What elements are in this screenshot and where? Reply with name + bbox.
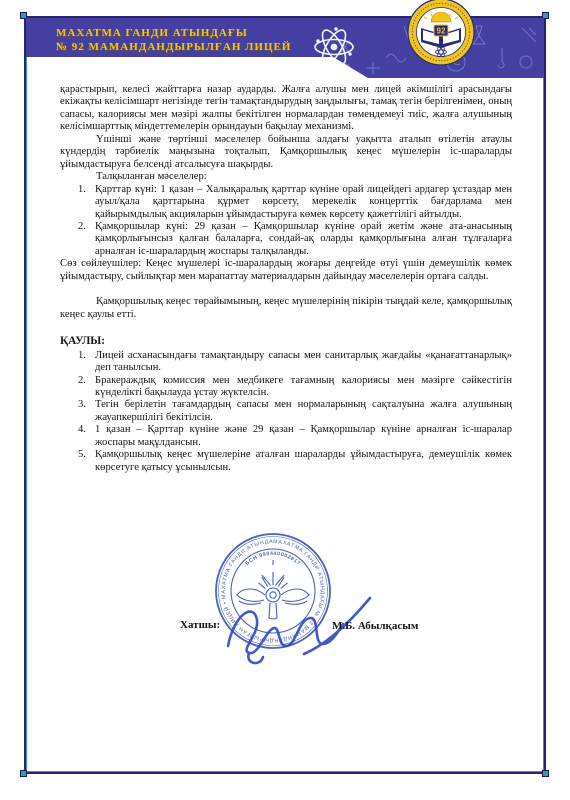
discussed-issues-list: 1. Қарттар күні: 1 қазан – Халықаралық қ… [60,184,512,259]
decree-list: 1. Лицей асханасындағы тамақтандыру сапа… [60,350,512,475]
list-item-text: Қамқоршылық кеңес мүшелеріне аталған шар… [95,449,512,474]
discussed-issues-label: Талқыланған мәселелер: [60,171,512,183]
list-item-number: 5. [78,449,95,474]
list-item: 1. Қарттар күні: 1 қазан – Халықаралық қ… [60,184,512,221]
document-page: МАХАТМА ГАНДИ АТЫНДАҒЫ № 92 МАМАНДАНДЫРЫ… [0,0,570,800]
school-title-line1: МАХАТМА ГАНДИ АТЫНДАҒЫ [56,26,291,40]
list-item-number: 2. [78,375,95,400]
list-item-text: Қамқоршылар күні: 29 қазан – Қамқоршылар… [95,221,512,258]
speakers-paragraph: Сөз сөйлеушілер: Кеңес мүшелері іс-шарал… [60,258,512,283]
frame-corner-knob [542,12,549,19]
list-item-number: 4. [78,424,95,449]
resolution-intro: Қамқоршылық кеңес төрайымының, кеңес мүш… [60,296,512,321]
list-item-number: 1. [78,184,95,221]
list-item: 3. Тегін берілетін тағамдардың сапасы ме… [60,399,512,424]
list-item-text: Тегін берілетін тағамдардың сапасы мен н… [95,399,512,424]
frame-corner-knob [20,12,27,19]
school-emblem: 92 [406,0,476,67]
document-body: қарастырып, келесі жайттарға назар аудар… [60,84,512,474]
paragraph-third-fourth-issues: Үшінші және төртінші мәселелер бойынша а… [60,134,512,171]
list-item: 1. Лицей асханасындағы тамақтандыру сапа… [60,350,512,375]
list-item: 2. Бракераждық комиссия мен медбикеге та… [60,375,512,400]
school-title: МАХАТМА ГАНДИ АТЫНДАҒЫ № 92 МАМАНДАНДЫРЫ… [56,26,291,54]
list-item-number: 2. [78,221,95,258]
list-item-text: Қарттар күні: 1 қазан – Халықаралық қарт… [95,184,512,221]
list-item: 2. Қамқоршылар күні: 29 қазан – Қамқоршы… [60,221,512,258]
frame-corner-knob [542,770,549,777]
signature-row: Хатшы: М.Б. Абылқасым [0,617,570,637]
list-item: 5. Қамқоршылық кеңес мүшелеріне аталған … [60,449,512,474]
secretary-label: Хатшы: [180,619,220,631]
secretary-name: М.Б. Абылқасым [332,620,418,632]
frame-corner-knob [20,770,27,777]
school-title-line2: № 92 МАМАНДАНДЫРЫЛҒАН ЛИЦЕЙ [56,40,291,54]
paragraph-continuation: қарастырып, келесі жайттарға назар аудар… [60,84,512,134]
list-item-number: 1. [78,350,95,375]
list-item-text: Бракераждық комиссия мен медбикеге тағам… [95,375,512,400]
emblem-number: 92 [437,27,446,36]
list-item-text: Лицей асханасындағы тамақтандыру сапасы … [95,350,512,375]
list-item-number: 3. [78,399,95,424]
list-item-text: 1 қазан – Қарттар күніне және 29 қазан –… [95,424,512,449]
atom-icon [308,21,360,73]
list-item: 4. 1 қазан – Қарттар күніне және 29 қаза… [60,424,512,449]
decree-heading: ҚАУЛЫ: [60,335,512,347]
